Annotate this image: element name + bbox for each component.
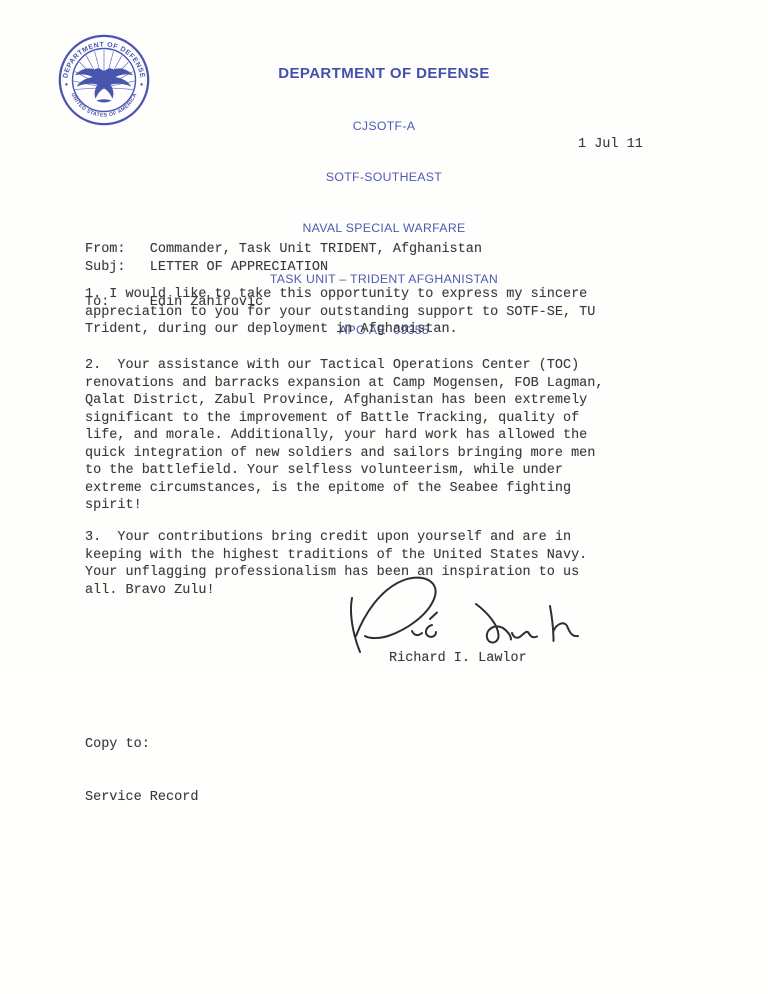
copy-to-label: Copy to: bbox=[85, 736, 198, 754]
letterhead-line-2: SOTF-SOUTHEAST bbox=[0, 170, 768, 185]
letter-page: DEPARTMENT OF DEFENSE UNITED STATES OF A… bbox=[0, 0, 768, 994]
letterhead-line-1: CJSOTF-A bbox=[0, 119, 768, 134]
signature-typed-name: Richard I. Lawlor bbox=[389, 650, 527, 668]
copy-block: Copy to: Service Record bbox=[85, 701, 198, 841]
paragraph-1: 1. I would like to take this opportunity… bbox=[85, 286, 595, 339]
signature-scribble bbox=[336, 573, 590, 655]
subject-line: Subj: LETTER OF APPRECIATION bbox=[85, 259, 328, 277]
date-text: 1 Jul 11 bbox=[578, 136, 643, 154]
copy-to-value: Service Record bbox=[85, 789, 198, 807]
from-line: From: Commander, Task Unit TRIDENT, Afgh… bbox=[85, 241, 482, 259]
letterhead-title: DEPARTMENT OF DEFENSE bbox=[0, 65, 768, 83]
paragraph-2: 2. Your assistance with our Tactical Ope… bbox=[85, 357, 603, 515]
